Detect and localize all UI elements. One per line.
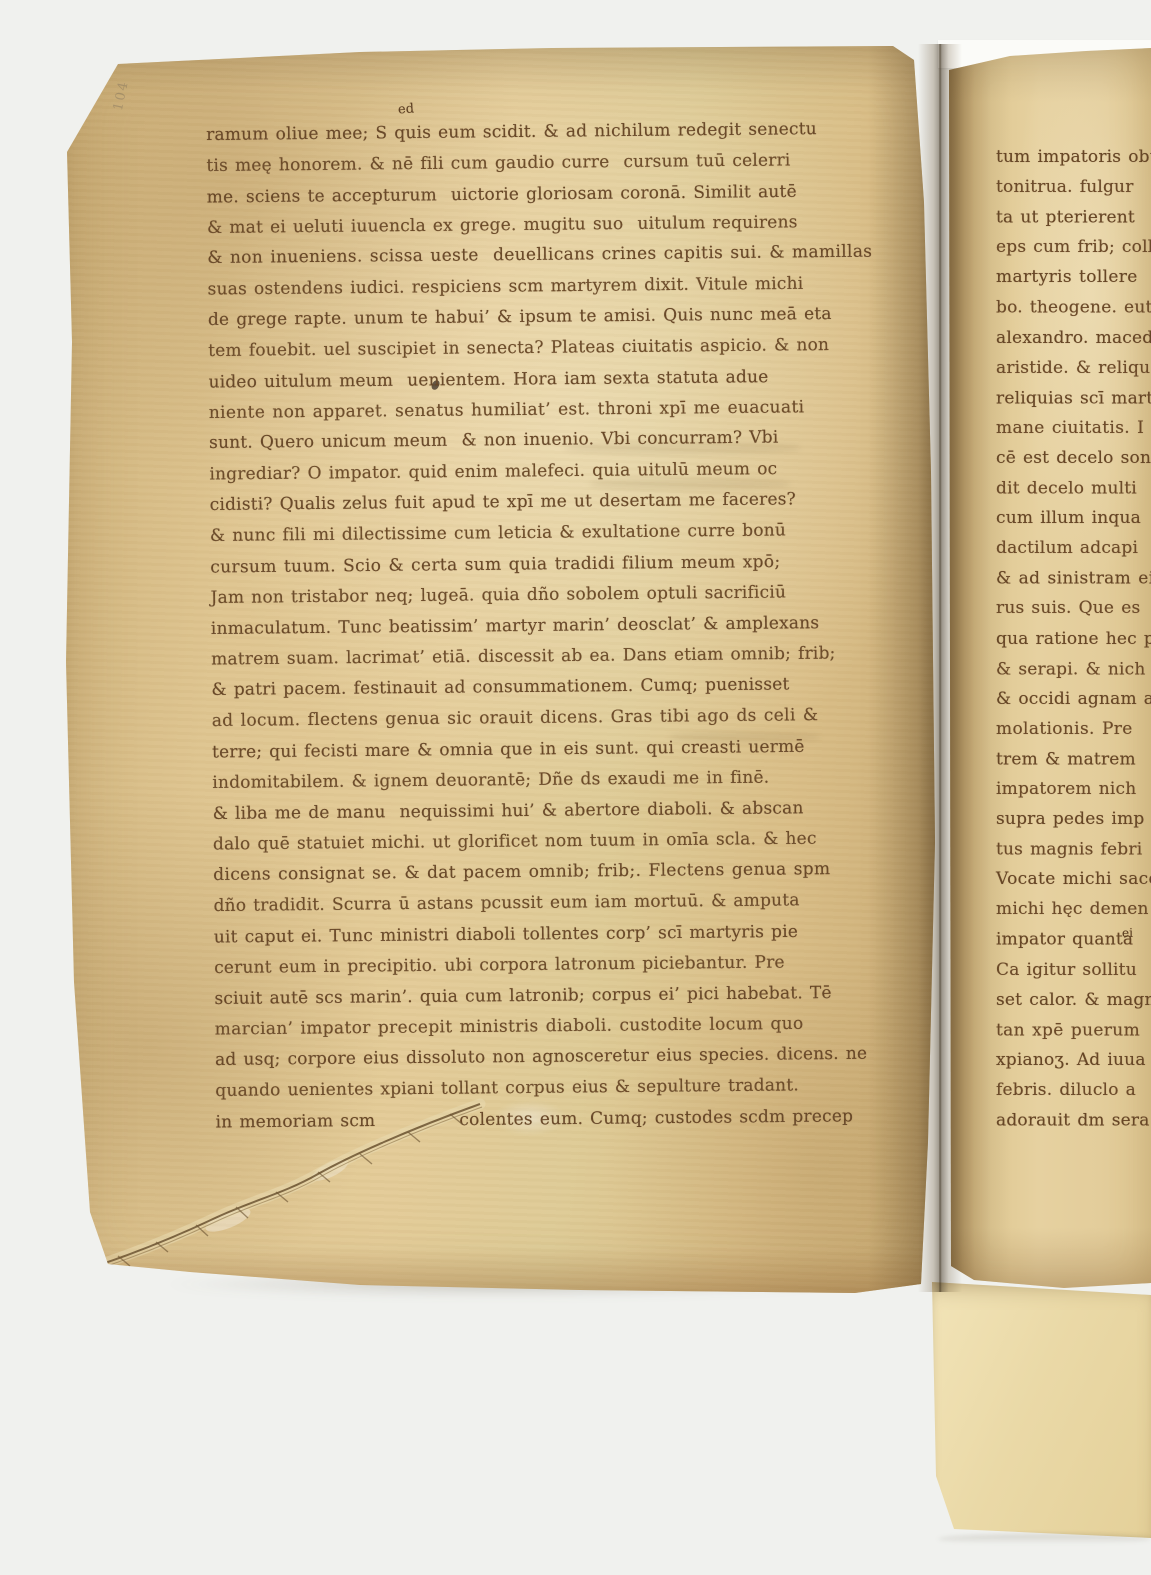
text-line: aristide. & reliqu — [996, 353, 1151, 383]
text-line: tonitrua. fulgur — [996, 172, 1151, 202]
flyleaf-page — [928, 1280, 1151, 1538]
text-line: alexandro. macedo — [996, 323, 1151, 353]
text-line: qua ratione hec p — [996, 624, 1151, 654]
right-page-text: tum impatoris obttonitrua. fulgurta ut p… — [996, 142, 1151, 1135]
flyleaf-shadow — [938, 1534, 1151, 1544]
interlinear-correction: ed — [397, 101, 414, 117]
text-line: Vocate michi sace — [996, 864, 1151, 894]
stitched-repair — [78, 1070, 508, 1285]
text-line: impatorem nich — [996, 774, 1151, 804]
text-line: tan xpē puerum — [996, 1015, 1151, 1045]
text-line: martyris tollere — [996, 262, 1151, 292]
text-line: rus suis. Que es — [996, 593, 1151, 623]
text-line: eps cum frib; coll — [996, 232, 1151, 262]
text-line: ta ut pterierent — [996, 203, 1151, 233]
folio-mark: 104 — [111, 79, 132, 112]
left-page-text: ramum oliue mee; S quis eum scidit. & ad… — [206, 113, 916, 1138]
text-line: cum illum inqua — [996, 503, 1151, 533]
text-line: dactilum adcapi — [996, 533, 1151, 563]
text-line: cē est decelo son — [996, 443, 1151, 473]
text-line: bo. theogene. eut — [996, 293, 1151, 323]
text-line: supra pedes imp — [996, 804, 1151, 834]
text-line: adorauit dm sera — [996, 1106, 1151, 1136]
text-line: & ad sinistram ei — [996, 564, 1151, 594]
text-line: & occidi agnam a — [996, 684, 1151, 714]
text-line: febris. diluclo a — [996, 1075, 1151, 1105]
left-manuscript-page: 104 ramum oliue mee; S quis eum scidit. … — [60, 42, 938, 1298]
manuscript-photo: 104 ramum oliue mee; S quis eum scidit. … — [0, 0, 1151, 1575]
text-line: mane ciuitatis. I — [996, 413, 1151, 443]
text-line: reliquias scī mart — [996, 383, 1151, 413]
text-line: tus magnis febri — [996, 835, 1151, 865]
text-line: Ca igitur sollitu — [996, 955, 1151, 985]
text-line: tum impatoris obt — [996, 142, 1151, 172]
text-line: xpianoʒ. Ad iuua — [996, 1045, 1151, 1075]
text-line: molationis. Pre — [996, 714, 1151, 744]
right-manuscript-page: tum impatoris obttonitrua. fulgurta ut p… — [946, 40, 1151, 1290]
text-line: & serapi. & nich — [996, 654, 1151, 684]
text-line: michi hęc demen — [996, 894, 1151, 924]
interlinear-correction: ei — [1122, 926, 1133, 940]
text-line: dit decelo multi — [996, 474, 1151, 504]
text-line: trem & matrem — [996, 744, 1151, 774]
text-line: set calor. & magn — [996, 985, 1151, 1015]
